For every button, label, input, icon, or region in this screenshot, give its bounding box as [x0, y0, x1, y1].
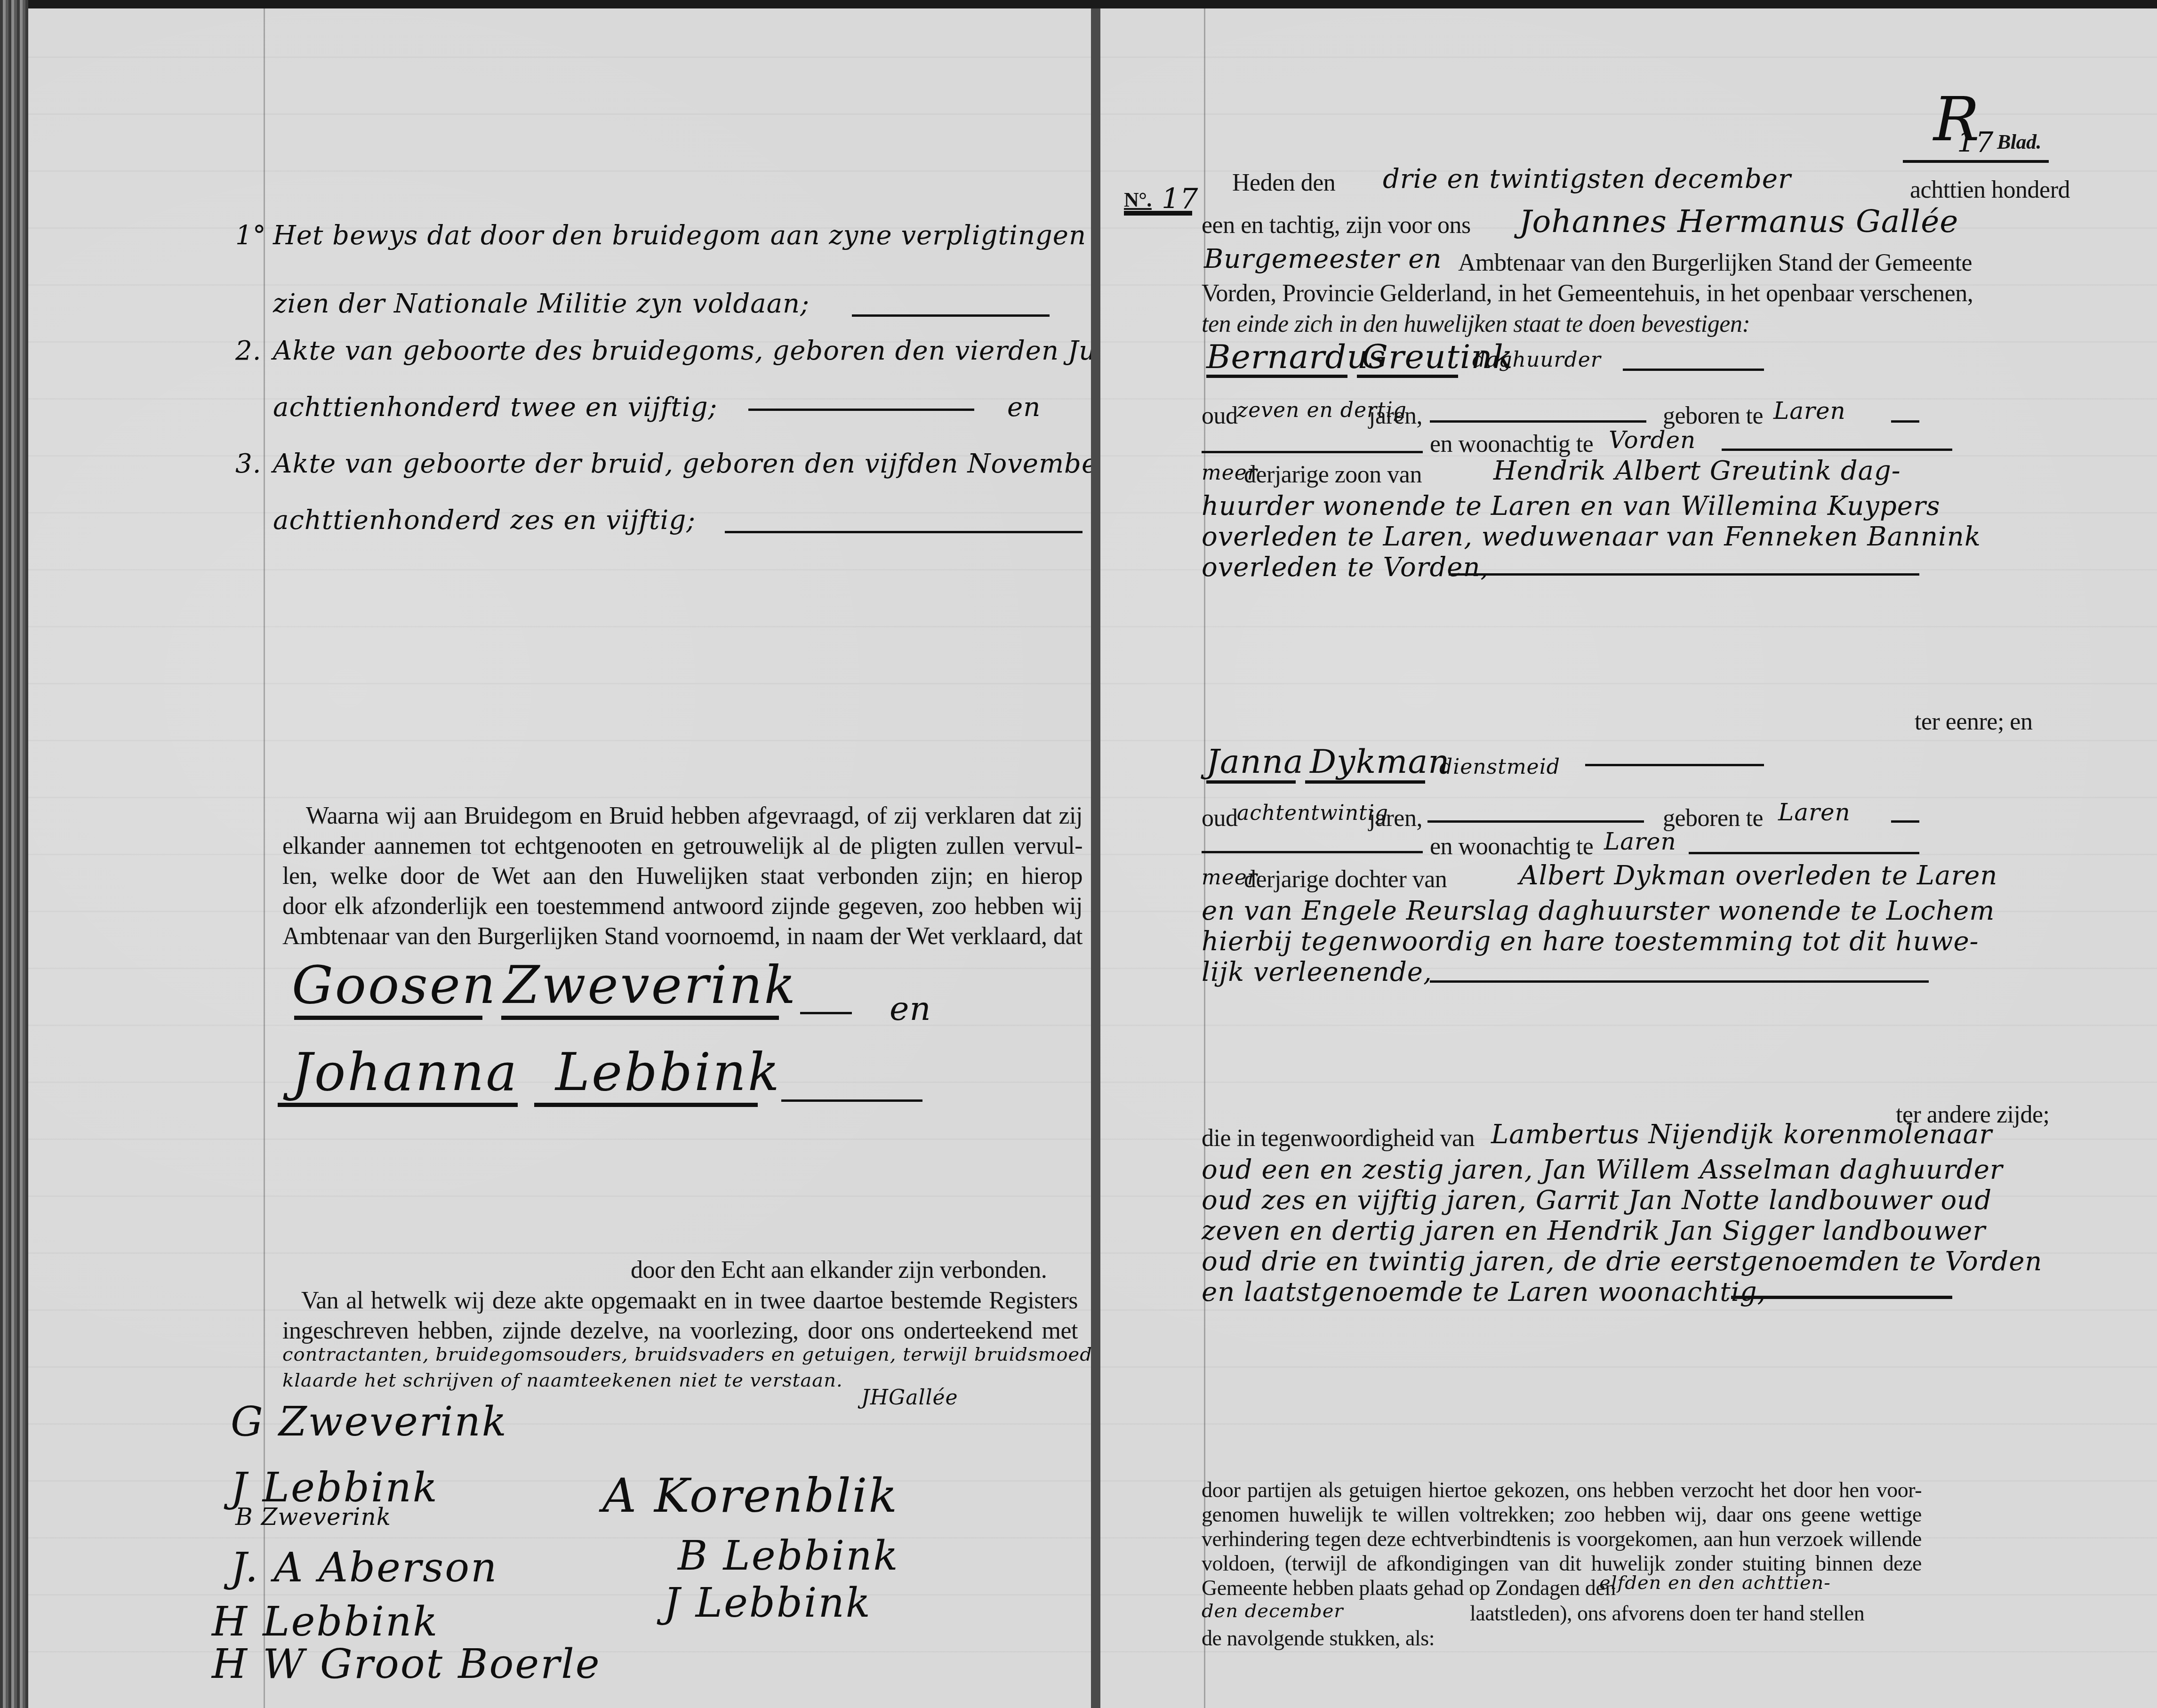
side-label: ter eenre; en	[1915, 710, 2032, 734]
bride-birthplace: Laren	[1778, 801, 1851, 824]
fill-rule	[1430, 980, 1929, 983]
sheet-label: Blad.	[1997, 132, 2041, 152]
document-item-3-line-1: Akte van geboorte der bruid, geboren den…	[273, 451, 1111, 477]
groom-birthplace: Laren	[1773, 399, 1846, 423]
bride-parents-line: en van Engele Reurslag daghuurster wonen…	[1202, 898, 1995, 924]
fill-rule	[1430, 420, 1646, 423]
years-label: jaren,	[1369, 404, 1422, 428]
bride-parents-line: Albert Dykman overleden te Laren	[1519, 863, 1997, 889]
connector-en: en	[890, 992, 931, 1025]
place-text: Vorden, Provincie Gelderland, in het Gem…	[1202, 281, 1973, 306]
bride-last-name: Lebbink	[555, 1046, 781, 1098]
sheet-number: 17	[1957, 128, 1994, 157]
witness-line: oud zes en vijftig jaren, Garrit Jan Not…	[1202, 1187, 1992, 1214]
act-number: 17	[1162, 185, 1198, 213]
bride-parents-line: lijk verleenende,	[1202, 959, 1432, 986]
document-item-3-line-2: achttienhonderd zes en vijftig;	[273, 507, 696, 534]
document-item-1-line-1: Het bewys dat door den bruidegom aan zyn…	[273, 223, 1208, 249]
bride-occupation: dienstmeid	[1439, 757, 1560, 778]
residence-label: en woonachtig te	[1430, 834, 1593, 859]
heden-den: Heden den	[1232, 171, 1335, 195]
groom-occupation: daghuurder	[1472, 350, 1601, 370]
fill-rule	[1731, 1296, 1952, 1299]
declaration-line: len, welke door de Wet aan den Huwelijke…	[282, 864, 1083, 894]
fill-rule	[1722, 449, 1952, 451]
name-underline	[278, 1103, 518, 1107]
witness-line: oud een en zestig jaren, Jan Willem Asse…	[1202, 1157, 2003, 1183]
official-title: Burgemeester en	[1204, 246, 1442, 273]
name-underline	[1206, 780, 1296, 784]
signature: H W Groot Boerle	[212, 1644, 601, 1684]
name-underline	[1357, 375, 1458, 378]
sundays-prefix: Gemeente hebben plaats gehad op Zondagen…	[1202, 1577, 1616, 1599]
closing-paragraph: door partijen als getuigen hiertoe gekoz…	[1202, 1479, 1922, 1577]
witness-line: Lambertus Nijendijk korenmolenaar	[1491, 1122, 1992, 1148]
document-item-2-line-1: Akte van geboorte des bruidegoms, gebore…	[273, 338, 1123, 364]
sundays-suffix: laatstleden), ons afvorens doen ter hand…	[1470, 1603, 1864, 1624]
book-edge	[0, 0, 28, 1708]
residence-label: en woonachtig te	[1430, 432, 1593, 457]
fill-rule	[1202, 451, 1423, 453]
name-underline	[294, 1016, 482, 1020]
fill-rule	[1202, 851, 1423, 853]
born-label: geboren te	[1663, 806, 1763, 831]
groom-parents-line: overleden te Vorden,	[1202, 554, 1489, 581]
right-page: R 17 Blad. N°. 17 Heden den drie en twin…	[1100, 8, 2157, 1708]
signature: J Lebbink	[664, 1583, 872, 1623]
closing-line: verhindering tegen deze echtverbindtenis…	[1202, 1528, 1922, 1553]
closing-paragraph: Van al hetwelk wij deze akte opgemaakt e…	[282, 1289, 1078, 1349]
fill-rule	[852, 314, 1050, 317]
signature: H Lebbink	[212, 1602, 439, 1642]
witness-line: oud drie en twintig jaren, de drie eerst…	[1202, 1249, 2042, 1275]
fill-rule	[1427, 820, 1644, 823]
declaration-line: elkander aannemen tot echtgenooten en ge…	[282, 834, 1083, 864]
bride-first-name: Johanna	[292, 1046, 519, 1098]
closing-line: genomen huwelijk te willen voltrekken; z…	[1202, 1504, 1922, 1528]
closing-handwritten-line: klaarde het schrijven of naamteekenen ni…	[282, 1371, 843, 1390]
groom-parents-line: Hendrik Albert Greutink dag-	[1493, 458, 1901, 484]
son-label: derjarige zoon van	[1244, 463, 1422, 487]
groom-parents-line: overleden te Laren, weduwenaar van Fenne…	[1202, 524, 1981, 550]
groom-first-name: Bernardus	[1206, 340, 1386, 373]
document-item-2-line-2: achttienhonderd twee en vijftig;	[273, 394, 718, 421]
name-underline	[534, 1103, 758, 1107]
groom-parents-line: huurder wonende te Laren en van Willemin…	[1202, 493, 1940, 520]
signature: B Lebbink	[678, 1536, 899, 1576]
list-number: 3.	[235, 451, 261, 477]
daughter-label: derjarige dochter van	[1244, 867, 1447, 892]
fill-rule	[1689, 852, 1919, 854]
bride-first-name: Janna	[1206, 745, 1304, 778]
official-signature: JHGallée	[861, 1387, 958, 1408]
bride-residence: Laren	[1604, 830, 1676, 853]
fill-rule	[800, 1012, 852, 1014]
bride-last-name: Dykman	[1310, 745, 1450, 778]
signature: G Zweverink	[231, 1402, 508, 1442]
years-label: jaren,	[1369, 806, 1422, 831]
witnesses-label: die in tegenwoordigheid van	[1202, 1126, 1475, 1151]
list-number: 2.	[235, 338, 261, 364]
fill-rule	[781, 1099, 922, 1102]
fill-rule	[1623, 369, 1764, 371]
connector-en: en	[1007, 394, 1041, 421]
fill-rule	[748, 409, 974, 411]
bride-parents-line: hierbij tegenwoordig en hare toestemming…	[1202, 929, 1979, 955]
groom-first-name: Goosen	[292, 959, 497, 1011]
born-label: geboren te	[1663, 404, 1763, 428]
header-rule	[1903, 160, 2049, 163]
united-statement: door den Echt aan elkander zijn verbonde…	[631, 1258, 1047, 1283]
act-number-label: N°.	[1124, 190, 1152, 210]
signature: J. A Aberson	[231, 1548, 498, 1588]
name-underline	[1305, 780, 1425, 784]
signature: J Lebbink	[231, 1467, 439, 1508]
year-text: achttien honderd	[1910, 178, 2070, 202]
closing-last-line: de navolgende stukken, als:	[1202, 1628, 1435, 1649]
signature: B Zweverink	[235, 1505, 391, 1529]
groom-residence: Vorden	[1609, 428, 1696, 452]
declaration-paragraph: Waarna wij aan Bruidegom en Bruid hebben…	[282, 804, 1083, 954]
fill-rule	[1891, 820, 1919, 823]
fill-rule	[725, 531, 1083, 533]
fill-rule	[1891, 420, 1919, 423]
declaration-line: Ambtenaar van den Burgerlijken Stand voo…	[282, 924, 1083, 954]
purpose-text: ten einde zich in den huwelijken staat t…	[1202, 312, 1750, 337]
closing-line: door partijen als getuigen hiertoe gekoz…	[1202, 1479, 1922, 1504]
year-text-2: een en tachtig, zijn voor ons	[1202, 213, 1471, 238]
left-page: 1° Het bewys dat door den bruidegom aan …	[28, 8, 1093, 1708]
name-underline	[1206, 375, 1347, 378]
sundays-dates: elfden en den achttien-	[1599, 1573, 1831, 1592]
margin-rule	[264, 8, 265, 1708]
book-spine	[1091, 8, 1101, 1708]
witness-line: zeven en dertig jaren en Hendrik Jan Sig…	[1202, 1218, 1986, 1244]
declaration-line: door elk afzonderlijk een toestemmend an…	[282, 894, 1083, 924]
witness-line: en laatstgenoemde te Laren woonachtig,	[1202, 1279, 1766, 1306]
age-label: oud	[1202, 404, 1238, 428]
bride-age: achtentwintig	[1237, 803, 1388, 824]
marriage-date: drie en twintigsten december	[1383, 166, 1791, 192]
ambtenaar-text: Ambtenaar van den Burgerlijken Stand der…	[1458, 251, 1972, 275]
fill-rule	[1449, 573, 1919, 576]
groom-last-name: Zweverink	[504, 959, 797, 1011]
list-number: 1°	[235, 223, 266, 249]
fill-rule	[1585, 764, 1764, 766]
name-underline	[501, 1016, 779, 1020]
age-label: oud	[1202, 806, 1238, 831]
signature: A Korenblik	[602, 1472, 898, 1519]
sundays-month: den december	[1202, 1602, 1343, 1620]
document-item-1-line-2: zien der Nationale Militie zyn voldaan;	[273, 291, 810, 317]
closing-handwritten-line: contractanten, bruidegomsouders, bruidsv…	[282, 1345, 1159, 1364]
act-number-rule	[1124, 211, 1192, 216]
official-name: Johannes Hermanus Gallée	[1519, 206, 1958, 237]
closing-line: Van al hetwelk wij deze akte opgemaakt e…	[282, 1289, 1078, 1319]
declaration-line: Waarna wij aan Bruidegom en Bruid hebben…	[282, 804, 1083, 834]
